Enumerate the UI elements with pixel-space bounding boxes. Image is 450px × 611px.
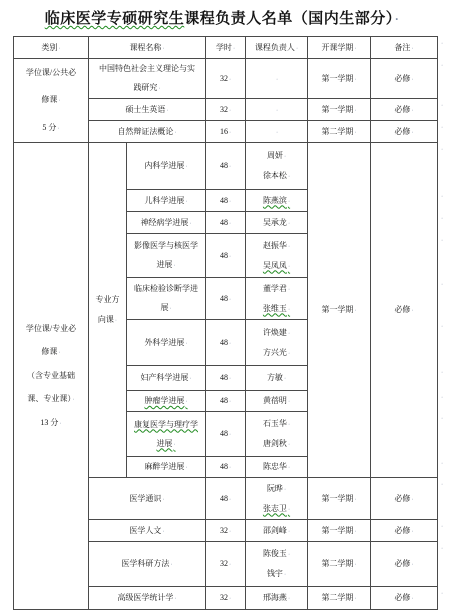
course-line: 妇产科学进展 (127, 368, 205, 388)
semester-cell: 第二学期 (308, 121, 371, 143)
semester-value: 第一学期 (321, 105, 356, 114)
paragraph-mark (440, 235, 446, 244)
paragraph-mark (440, 144, 446, 153)
leader-cell: 阮晔 张志卫 (246, 478, 308, 520)
category-line: 修课 (14, 86, 88, 114)
note-cell: 必修 (371, 99, 438, 121)
subcategory-line: 专业方 (89, 290, 126, 310)
course-cell: 妇产科学进展 (127, 366, 206, 391)
course-line: 医学人文 (89, 521, 205, 541)
leader-name: 黄蓓明 (246, 391, 307, 411)
leader-cell: 陈忠华 (246, 457, 308, 478)
course-cell: 神经病学进展 (127, 212, 206, 234)
category-line: 修课 (14, 340, 88, 364)
hours-value: 32 (220, 74, 231, 83)
leader-cell: 许焕建 方兴光 (246, 320, 308, 366)
hours-cell: 48 (206, 457, 246, 478)
hours-cell: 48 (206, 412, 246, 457)
course-cell: 影像医学与核医学 进展 (127, 234, 206, 278)
header-row: 类别 课程名称 学时 课程负责人 开课学期 备注 (14, 37, 438, 59)
hours-cell: 32 (206, 587, 246, 610)
leader-name: 陈忠华 (246, 457, 307, 477)
leader-name: 陈燕滨 (246, 191, 307, 211)
category-cell-public: 学位课/公共必 修课 5 分 (14, 59, 89, 143)
hours-value: 48 (220, 462, 231, 471)
hours-cell: 48 (206, 190, 246, 212)
course-line: 儿科学进展 (127, 191, 205, 211)
semester-value: 第二学期 (321, 559, 356, 568)
paragraph-mark (440, 413, 446, 422)
hours-cell: 32 (206, 59, 246, 99)
course-line: 医学通识 (89, 489, 205, 509)
semester-cell: 第一学期 (308, 478, 371, 520)
leader-cell: 方敏 (246, 366, 308, 391)
course-cell: 中国特色社会主义理论与实 践研究 (89, 59, 206, 99)
course-cell: 临床检验诊断学进 展 (127, 278, 206, 320)
leader-cell: 邵剑峰 (246, 520, 308, 542)
course-cell: 医学人文 (89, 520, 206, 542)
leader-name: 邢海燕 (246, 588, 307, 608)
category-line: （含专业基础 (14, 364, 88, 387)
paragraph-mark (440, 392, 446, 401)
subcategory-cell: 专业方 向课 (89, 143, 127, 478)
hours-cell: 16 (206, 121, 246, 143)
course-line: 内科学进展 (127, 156, 205, 176)
semester-cell: 第一学期 (308, 520, 371, 542)
hours-value: 48 (220, 429, 231, 438)
note-cell: 必修 (371, 59, 438, 99)
header-note: 备注 (371, 37, 438, 59)
leader-name: 张志卫 (246, 499, 307, 519)
leader-cell: 邢海燕 (246, 587, 308, 610)
leader-cell: 周妍 徐本松 (246, 143, 308, 190)
course-line: 中国特色社会主义理论与实 (89, 59, 205, 78)
note-cell: 必修 (371, 587, 438, 610)
category-line: 课、专业课） (14, 387, 88, 411)
table-row: 学位课/专业必 修课 （含专业基础 课、专业课） 13 分 专业方 向课 内科学… (14, 143, 438, 190)
course-cell: 硕士生英语 (89, 99, 206, 121)
hours-cell: 48 (206, 234, 246, 278)
course-cell: 医学科研方法 (89, 542, 206, 587)
semester-cell: 第二学期 (308, 542, 371, 587)
leader-cell: 陈俊玉 钱宇 (246, 542, 308, 587)
paragraph-mark (440, 213, 446, 222)
hours-cell: 48 (206, 391, 246, 412)
leader-name: 张维玉 (246, 299, 307, 319)
course-line: 康复医学与理疗学 (127, 415, 205, 434)
paragraph-mark (440, 122, 446, 131)
leader-cell: 董学君 张维玉 (246, 278, 308, 320)
hours-cell: 48 (206, 366, 246, 391)
paragraph-mark (440, 543, 446, 552)
semester-value: 第一学期 (321, 526, 356, 535)
leader-name: 吴承龙 (246, 213, 307, 233)
course-cell: 自然辩证法概论 (89, 121, 206, 143)
course-cell: 康复医学与理疗学 进展 (127, 412, 206, 457)
leader-cell (246, 99, 308, 121)
leader-cell: 赵振华 吴凤凤 (246, 234, 308, 278)
hours-value: 32 (220, 559, 231, 568)
leader-name: 钱宇 (246, 564, 307, 584)
subcategory-line: 向课 (89, 310, 126, 331)
course-cell: 外科学进展 (127, 320, 206, 366)
course-line: 展 (127, 298, 205, 318)
hours-value: 48 (220, 396, 231, 405)
note-value: 必修 (394, 305, 413, 314)
hours-value: 48 (220, 218, 231, 227)
note-cell: 必修 (371, 478, 438, 520)
leader-name (275, 74, 278, 83)
semester-value: 第一学期 (321, 74, 356, 83)
note-value: 必修 (394, 526, 413, 535)
header-note-label: 备注 (394, 43, 413, 52)
course-cell: 儿科学进展 (127, 190, 206, 212)
hours-value: 48 (220, 294, 231, 303)
paragraph-mark (440, 367, 446, 376)
hours-value: 32 (220, 593, 231, 602)
note-cell: 必修 (371, 121, 438, 143)
course-line: 外科学进展 (127, 333, 205, 353)
leader-name: 许焕建 (246, 323, 307, 343)
title-text: 课程负责人名单（国内生部分） (184, 11, 399, 27)
semester-cell: 第一学期 (308, 59, 371, 99)
semester-value: 第二学期 (321, 593, 356, 602)
semester-value: 第一学期 (321, 494, 356, 503)
leader-name: 董学君 (246, 279, 307, 299)
leader-name: 吴凤凤 (246, 256, 307, 276)
leader-name: 邵剑峰 (246, 521, 307, 541)
hours-value: 16 (220, 127, 231, 136)
leader-name (275, 105, 278, 114)
course-cell: 内科学进展 (127, 143, 206, 190)
hours-cell: 32 (206, 99, 246, 121)
hours-value: 32 (220, 526, 231, 535)
paragraph-mark (440, 38, 446, 47)
leader-cell: 陈燕滨 (246, 190, 308, 212)
header-hours-label: 学时 (216, 43, 235, 52)
leader-name: 陈俊玉 (246, 544, 307, 564)
header-hours: 学时 (206, 37, 246, 59)
paragraph-mark (440, 521, 446, 530)
note-value: 必修 (394, 105, 413, 114)
leader-cell: 吴承龙 (246, 212, 308, 234)
paragraph-mark (440, 479, 446, 488)
note-cell: 必修 (371, 542, 438, 587)
paragraph-mark (440, 458, 446, 467)
semester-cell: 第二学期 (308, 587, 371, 610)
note-value: 必修 (394, 559, 413, 568)
course-line: 高级医学统计学 (89, 588, 205, 608)
header-leader-label: 课程负责人 (255, 43, 298, 52)
leader-name: 阮晔 (246, 479, 307, 499)
header-semester-label: 开课学期 (321, 43, 356, 52)
paragraph-mark (440, 588, 446, 597)
hours-value: 48 (220, 196, 231, 205)
leader-cell (246, 121, 308, 143)
hours-cell: 48 (206, 212, 246, 234)
hours-cell: 48 (206, 143, 246, 190)
semester-value: 第一学期 (321, 305, 356, 314)
leader-cell (246, 59, 308, 99)
leader-name: 周妍 (246, 146, 307, 166)
header-leader: 课程负责人 (246, 37, 308, 59)
course-cell: 肿瘤学进展 (127, 391, 206, 412)
category-cell-professional: 学位课/专业必 修课 （含专业基础 课、专业课） 13 分 (14, 143, 89, 610)
course-line: 肿瘤学进展 (127, 391, 205, 411)
hours-value: 48 (220, 251, 231, 260)
semester-cell: 第一学期 (308, 99, 371, 121)
course-cell: 医学通识 (89, 478, 206, 520)
header-course: 课程名称 (89, 37, 206, 59)
header-category: 类别 (14, 37, 89, 59)
note-cell: 必修 (371, 143, 438, 478)
hours-value: 48 (220, 373, 231, 382)
leader-cell: 石玉华 唐剑秋 (246, 412, 308, 457)
paragraph-mark (440, 279, 446, 288)
hours-value: 48 (220, 494, 231, 503)
course-line: 神经病学进展 (127, 213, 205, 233)
note-value: 必修 (394, 127, 413, 136)
paragraph-mark (440, 100, 446, 109)
hours-cell: 48 (206, 478, 246, 520)
course-line: 进展 (127, 255, 205, 275)
semester-value: 第二学期 (321, 127, 356, 136)
course-line: 临床检验诊断学进 (127, 279, 205, 298)
document-page: 临床医学专硕研究生课程负责人名单（国内生部分） 类别 课程名称 学时 课程负责人… (0, 0, 450, 611)
paragraph-mark (440, 321, 446, 330)
leader-name: 徐本松 (246, 166, 307, 186)
course-line: 麻醉学进展 (127, 457, 205, 477)
leader-cell: 黄蓓明 (246, 391, 308, 412)
course-cell: 高级医学统计学 (89, 587, 206, 610)
category-line: 学位课/专业必 (14, 317, 88, 340)
leader-name: 方敏 (246, 368, 307, 388)
note-cell: 必修 (371, 520, 438, 542)
header-category-label: 类别 (41, 43, 60, 52)
leader-name: 方兴光 (246, 343, 307, 363)
hours-value: 48 (220, 161, 231, 170)
course-line: 医学科研方法 (89, 554, 205, 574)
course-line: 影像医学与核医学 (127, 236, 205, 255)
title-text-flagged: 临床医学专硕研究生 (45, 11, 185, 27)
course-line: 践研究 (89, 78, 205, 98)
course-line: 进展 (127, 434, 205, 454)
hours-value: 48 (220, 338, 231, 347)
note-value: 必修 (394, 74, 413, 83)
leader-name (275, 127, 278, 136)
hours-cell: 48 (206, 278, 246, 320)
table-row: 学位课/公共必 修课 5 分 中国特色社会主义理论与实 践研究 32 第一学期 … (14, 59, 438, 99)
note-value: 必修 (394, 593, 413, 602)
course-table: 类别 课程名称 学时 课程负责人 开课学期 备注 学位课/公共必 修课 5 分 … (13, 36, 438, 610)
hours-cell: 32 (206, 520, 246, 542)
hours-value: 32 (220, 105, 231, 114)
course-cell: 麻醉学进展 (127, 457, 206, 478)
leader-name: 石玉华 (246, 414, 307, 434)
hours-cell: 32 (206, 542, 246, 587)
semester-cell: 第一学期 (308, 143, 371, 478)
header-course-label: 课程名称 (129, 43, 164, 52)
leader-name: 唐剑秋 (246, 434, 307, 454)
paragraph-mark (440, 60, 446, 69)
paragraph-mark (440, 191, 446, 200)
category-line: 学位课/公共必 (14, 59, 88, 86)
course-line: 硕士生英语 (89, 100, 205, 120)
category-line: 13 分 (14, 411, 88, 435)
category-line: 5 分 (14, 114, 88, 142)
header-semester: 开课学期 (308, 37, 371, 59)
note-value: 必修 (394, 494, 413, 503)
leader-name: 赵振华 (246, 236, 307, 256)
course-line: 自然辩证法概论 (89, 122, 205, 142)
hours-cell: 48 (206, 320, 246, 366)
document-title: 临床医学专硕研究生课程负责人名单（国内生部分） (0, 7, 444, 28)
